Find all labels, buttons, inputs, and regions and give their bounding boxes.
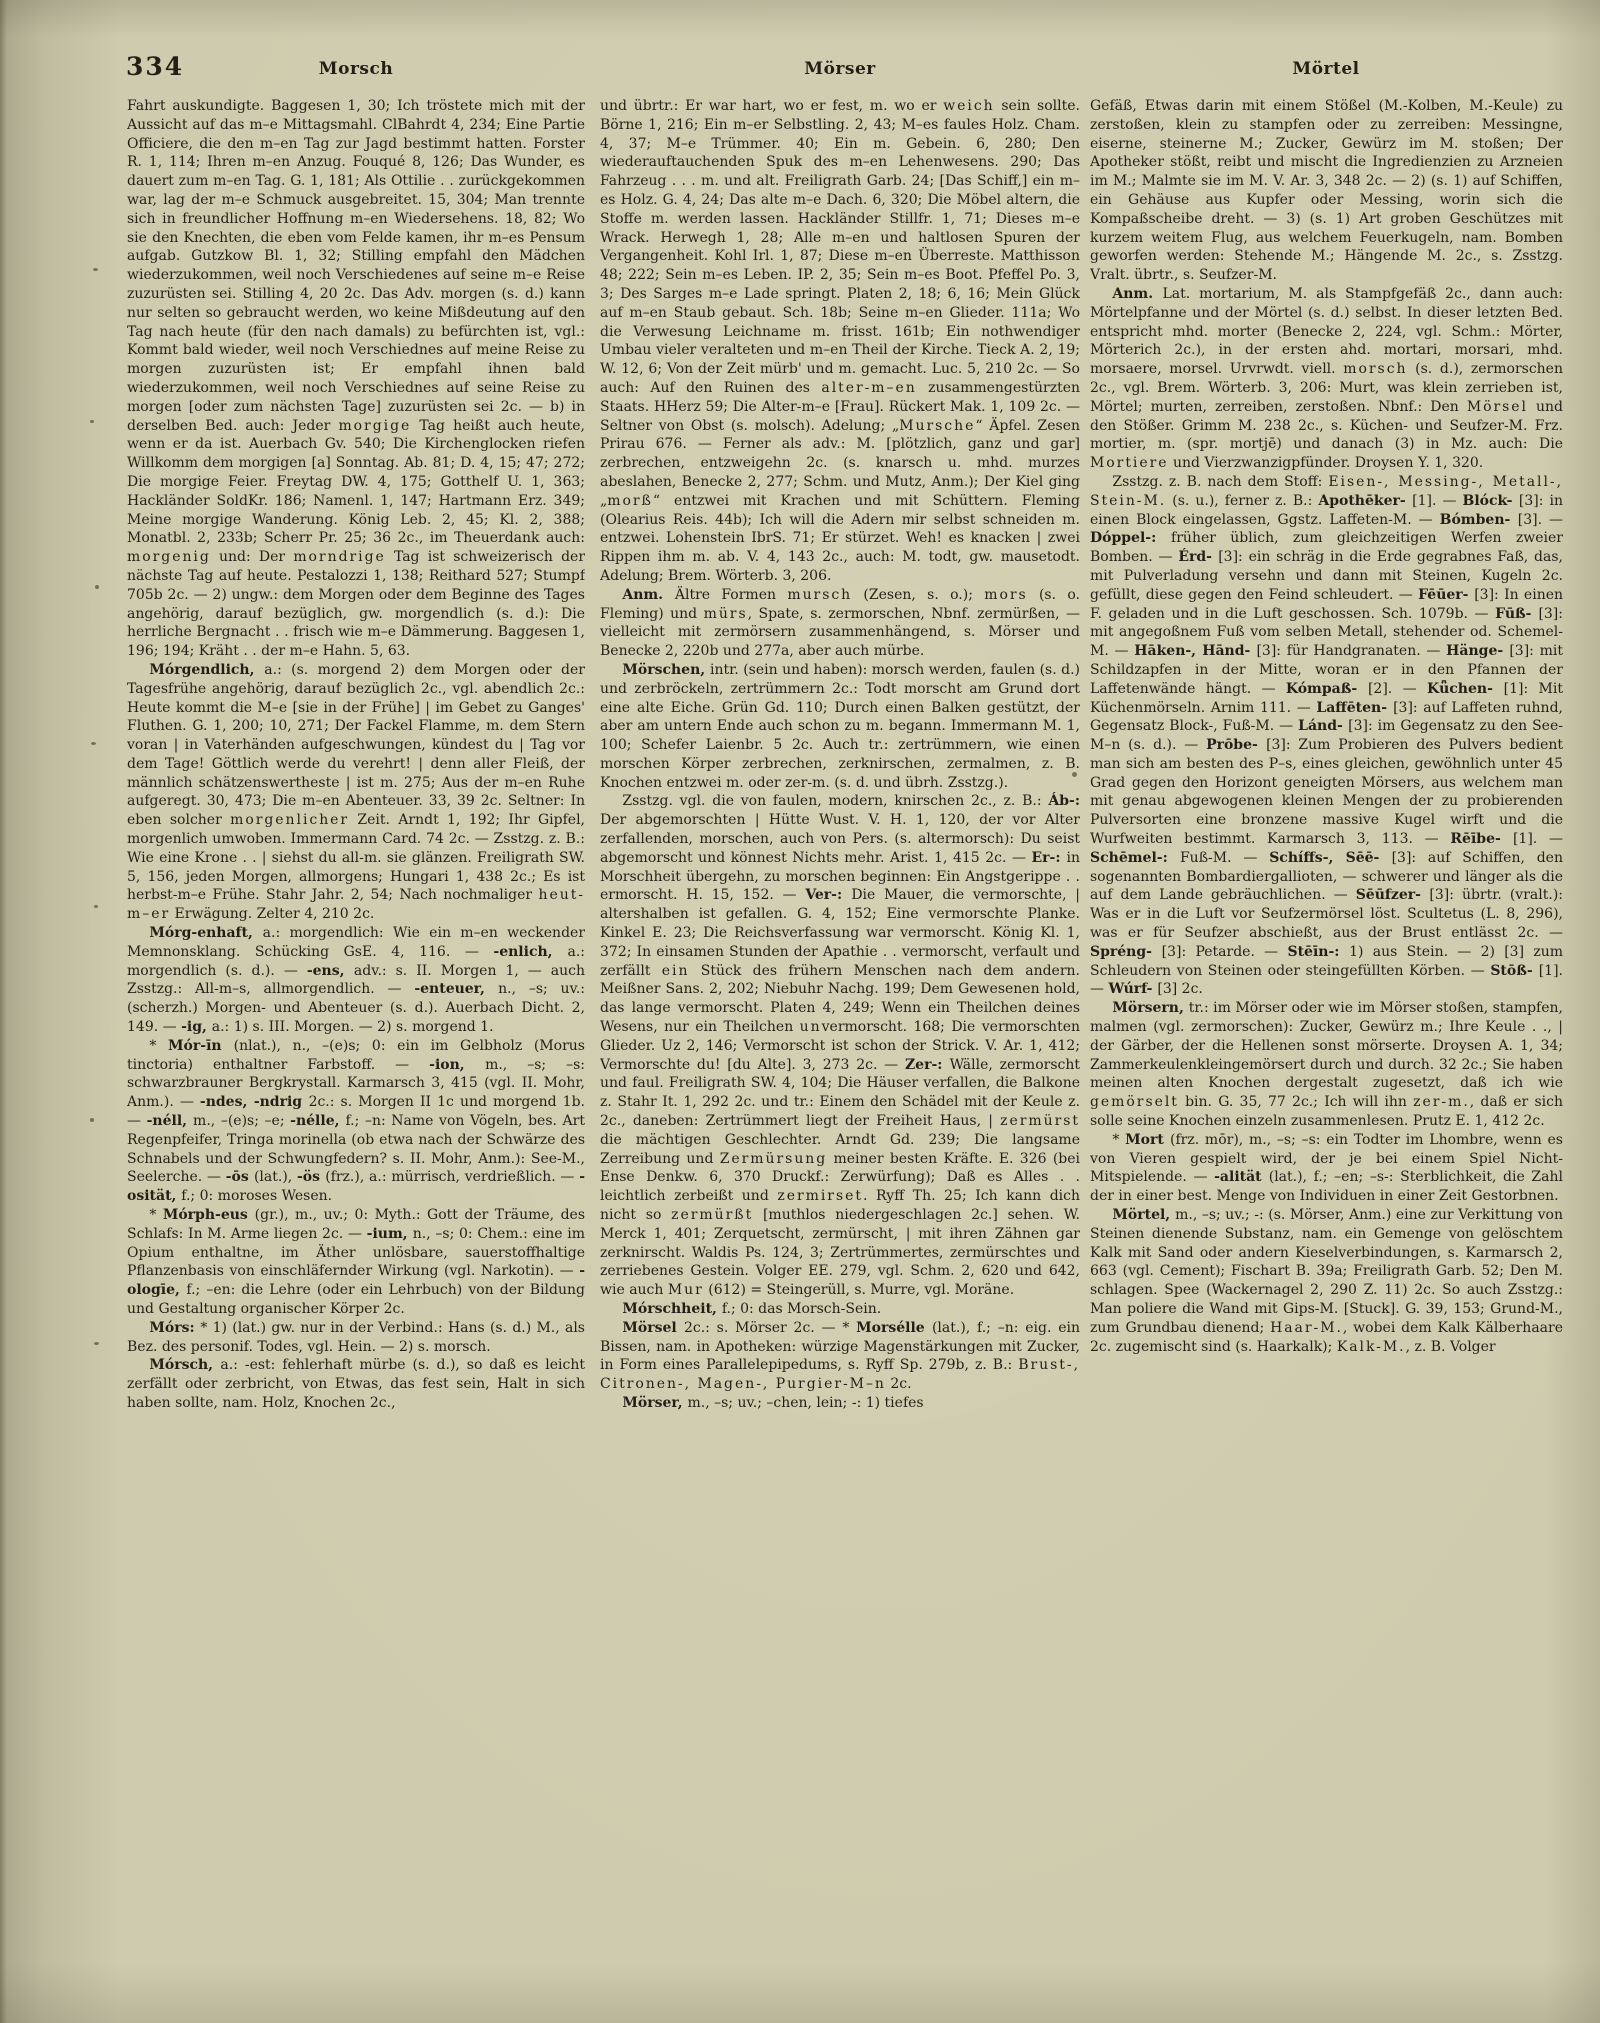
headword: Fūß-: [1495, 606, 1538, 622]
entry-text: mürs: [704, 606, 748, 622]
entry-text: Zsstzg. z. B. nach dem Stoff:: [1112, 474, 1328, 490]
headword: Hāken-, Hānd-: [1134, 643, 1256, 659]
entry-text: und: Der: [211, 549, 294, 565]
entry-paragraph: * Mórph-eus (gr.), m., uv.; 0: Myth.: Go…: [127, 1206, 585, 1319]
entry-text: (612) = Steingerüll, s. Murre, vgl. Morä…: [704, 1282, 1014, 1298]
headword: Mórph-eus: [163, 1207, 255, 1223]
headword: Zer-:: [905, 1057, 950, 1073]
entry-text: Haar-M.: [1270, 1320, 1343, 1336]
scan-speck: [95, 585, 99, 589]
entry-text: a.: 1) s. III. Morgen. — 2) s. morgend 1…: [212, 1019, 494, 1035]
entry-text: morgenlicher: [230, 812, 349, 828]
entry-text: sein sollte. Börne 1, 216; Ein m–er Selb…: [600, 98, 1080, 396]
entry-text: Mursche: [899, 418, 975, 434]
entry-paragraph: * Mór-īn (nlat.), n., –(e)s; 0: ein im G…: [127, 1037, 585, 1206]
headword: Mórgendlich,: [149, 662, 264, 678]
headword: Er-:: [1032, 850, 1067, 866]
headword: Hänge-: [1446, 643, 1509, 659]
entry-text: [3]: Petarde. —: [1162, 944, 1288, 960]
entry-text: und Vierzwanzigpfünder. Droysen Y. 1, 32…: [1169, 455, 1484, 471]
entry-text: [1]. —: [1513, 831, 1563, 847]
scan-speck: [91, 742, 96, 745]
entry-text: (frz.), a.: mürrisch, verdrießlich. —: [325, 1169, 579, 1185]
entry-text: *: [1112, 1132, 1125, 1148]
entry-text: morß: [607, 493, 653, 509]
entry-text: un: [800, 1019, 822, 1035]
headword: -ium,: [367, 1226, 413, 1242]
entry-text: zermirset: [777, 1188, 863, 1204]
entry-paragraph: Anm. Lat. mortarium, M. als Stampfgefäß …: [1090, 285, 1563, 473]
entry-text: morgenig: [127, 549, 211, 565]
headword: Bómben-: [1440, 512, 1518, 528]
headword: Lánd-: [1298, 718, 1348, 734]
headword: Mörtel,: [1112, 1207, 1175, 1223]
entry-text: morgige: [338, 418, 411, 434]
entry-text: a.: (s. morgend 2) dem Morgen oder der T…: [127, 662, 585, 828]
headword: Mórsch,: [149, 1357, 220, 1373]
headword: Schíffs-, Sēē-: [1269, 850, 1391, 866]
entry-text: *: [149, 1207, 162, 1223]
entry-text: [2]. —: [1368, 681, 1427, 697]
headword: -ōs: [226, 1169, 254, 1185]
entry-text: morndrige: [293, 549, 385, 565]
entry-text: und übrtr.: Er war hart, wo er fest, m. …: [600, 98, 943, 114]
headword: Laffēten-: [1316, 700, 1393, 716]
text-column-left: Fahrt auskundigte. Baggesen 1, 30; Ich t…: [127, 97, 585, 1885]
headword: -ens,: [307, 963, 354, 979]
entry-paragraph: Mörser, m., –s; uv.; –chen, lein; -: 1) …: [600, 1394, 1080, 1413]
entry-text: [3]: für Handgranaten. —: [1256, 643, 1446, 659]
scan-speck: [94, 1342, 99, 1345]
entry-text: m., –s; uv.; –chen, lein; -: 1) tiefes: [688, 1395, 924, 1411]
entry-text: (Zesen, s. o.);: [852, 587, 984, 603]
text-column-right: Gefäß, Etwas darin mit einem Stößel (M.-…: [1090, 97, 1563, 1885]
headword: Schēmel-:: [1090, 850, 1180, 866]
entry-text: Mur: [668, 1282, 704, 1298]
running-head-morsch: Morsch: [127, 59, 585, 79]
entry-text: f.; –en: die Lehre (oder ein Lehrbuch) v…: [127, 1282, 585, 1317]
headword: Rēībe-: [1450, 831, 1513, 847]
entry-text: m., –(e)s; –e;: [193, 1113, 290, 1129]
headword: -ndes, -ndrig: [200, 1094, 309, 1110]
headword: -enteuer,: [414, 981, 498, 997]
entry-paragraph: Mórg-enhaft, a.: morgendlich: Wie ein m–…: [127, 924, 585, 1037]
headword: Érd-: [1178, 549, 1218, 565]
entry-paragraph: Mórgendlich, a.: (s. morgend 2) dem Morg…: [127, 661, 585, 924]
entry-paragraph: Mórs: * 1) (lat.) gw. nur in der Verbind…: [127, 1319, 585, 1357]
entry-paragraph: Mórsch, a.: -est: fehlerhaft mürbe (s. d…: [127, 1356, 585, 1412]
entry-text: Mortiere: [1090, 455, 1169, 471]
entry-paragraph: Gefäß, Etwas darin mit einem Stößel (M.-…: [1090, 97, 1563, 285]
headword: -néll,: [147, 1113, 193, 1129]
entry-paragraph: Mörschen, intr. (sein und haben): morsch…: [600, 661, 1080, 793]
entry-paragraph: Mörtel, m., –s; uv.; -: (s. Mörser, Anm.…: [1090, 1206, 1563, 1356]
entry-text: m., –s; uv.; -: (s. Mörser, Anm.) eine z…: [1090, 1207, 1563, 1336]
entry-text: “ entzwei mit Krachen und mit Schüttern.…: [600, 493, 1080, 584]
headword: Áb-:: [1048, 793, 1080, 809]
headword: -ig,: [181, 1019, 212, 1035]
headword: Morsélle: [856, 1320, 932, 1336]
headword: Kǖchen-: [1427, 681, 1504, 697]
headword: Mór-īn: [168, 1038, 234, 1054]
entry-text: bin. G. 35, 77 2c.; Ich will ihn: [1179, 1094, 1413, 1110]
entry-text: 2c.: s. Mörser 2c. — *: [684, 1320, 856, 1336]
entry-text: Fahrt auskundigte. Baggesen 1, 30; Ich t…: [127, 98, 585, 434]
entry-text: morsch: [1343, 361, 1407, 377]
headword: Mörschen,: [622, 662, 710, 678]
entry-text: mors: [984, 587, 1027, 603]
running-head-moerser: Mörser: [600, 59, 1080, 79]
entry-text: Erwägung. Zelter 4, 210 2c.: [170, 906, 374, 922]
headword: Wúrf-: [1108, 981, 1157, 997]
scan-speck: [90, 1118, 94, 1122]
headword: Spréng-: [1090, 944, 1162, 960]
entry-text: [3]. —: [1518, 512, 1563, 528]
entry-text: mursch: [787, 587, 852, 603]
entry-text: Kalk-M.: [1337, 1339, 1406, 1355]
entry-text: Der abgemorschten | Hütte Wust. V. H. 1,…: [600, 812, 1080, 866]
headword: Stōß-: [1490, 963, 1538, 979]
scan-speck: [90, 420, 94, 423]
scan-speck: [93, 268, 98, 271]
scan-speck: [1072, 772, 1077, 777]
headword: Mörser,: [622, 1395, 687, 1411]
headword: -enlich,: [493, 944, 567, 960]
headword: Sēūfzer-: [1356, 887, 1430, 903]
headword: Ver-:: [805, 887, 851, 903]
entry-text: 2c.: [886, 1376, 912, 1392]
entry-paragraph: Anm. Ältre Formen mursch (Zesen, s. o.);…: [600, 586, 1080, 661]
headword: Fēūer-: [1418, 587, 1474, 603]
headword: Stēīn-:: [1287, 944, 1349, 960]
entry-text: ein: [662, 963, 690, 979]
entry-paragraph: Mörsern, tr.: im Mörser oder wie im Mörs…: [1090, 999, 1563, 1131]
entry-text: [1]. —: [1412, 493, 1462, 509]
entry-text: Zsstzg. vgl. die von faulen, modern, kni…: [622, 793, 1048, 809]
headword: Anm.: [1112, 286, 1162, 302]
headword: Prōbe-: [1206, 737, 1266, 753]
entry-paragraph: Fahrt auskundigte. Baggesen 1, 30; Ich t…: [127, 97, 585, 661]
headword: Kómpaß-: [1286, 681, 1368, 697]
scan-speck: [94, 905, 98, 908]
entry-text: f.; 0: das Morsch-Sein.: [722, 1301, 881, 1317]
headword: Mörsel: [622, 1320, 684, 1336]
entry-text: [3] 2c.: [1157, 981, 1202, 997]
entry-paragraph: Zsstzg. vgl. die von faulen, modern, kni…: [600, 792, 1080, 1300]
headword: Anm.: [622, 587, 674, 603]
entry-paragraph: Mórschheit, f.; 0: das Morsch-Sein.: [600, 1300, 1080, 1319]
running-head-moertel: Mörtel: [1090, 59, 1562, 79]
entry-text: weich: [943, 98, 994, 114]
headword: -alität: [1214, 1169, 1269, 1185]
entry-text: , z. B. Volger: [1406, 1339, 1496, 1355]
headword: -nélle,: [290, 1113, 345, 1129]
entry-text: Tag ist schweizerisch der nächste Tag au…: [127, 549, 585, 659]
headword: Mórschheit,: [622, 1301, 721, 1317]
entry-text: *: [149, 1038, 168, 1054]
headword: -ion,: [429, 1057, 485, 1073]
entry-text: Ältre Formen: [675, 587, 787, 603]
dictionary-page: 334 Morsch Mörser Mörtel Fahrt auskundig…: [0, 0, 1600, 2023]
entry-text: intr. (sein und haben): morsch werden, f…: [600, 662, 1080, 791]
entry-paragraph: Mörsel 2c.: s. Mörser 2c. — * Morsélle (…: [600, 1319, 1080, 1394]
headword: Mórs:: [149, 1320, 200, 1336]
entry-text: Zermürsung: [720, 1151, 827, 1167]
entry-text: Mörsel: [1467, 399, 1528, 415]
headword: Mörsern,: [1112, 1000, 1188, 1016]
entry-text: Tag heißt auch heute, wenn er da ist. Au…: [127, 418, 585, 547]
entry-paragraph: und übrtr.: Er war hart, wo er fest, m. …: [600, 97, 1080, 586]
entry-text: (s. u.), ferner z. B.:: [1166, 493, 1318, 509]
headword: Mórg-enhaft,: [149, 925, 262, 941]
headword: -ös: [297, 1169, 325, 1185]
entry-text: Fuß-M. —: [1180, 850, 1269, 866]
entry-paragraph: * Mort (frz. mōr), m., –s; –s: ein Todte…: [1090, 1131, 1563, 1206]
headword: Blóck-: [1462, 493, 1518, 509]
entry-text: alter-m–en: [821, 380, 916, 396]
headword: Mort: [1125, 1132, 1170, 1148]
entry-text: zermürst: [1000, 1113, 1080, 1129]
text-column-middle: und übrtr.: Er war hart, wo er fest, m. …: [600, 97, 1080, 1885]
entry-text: zer-m.: [1413, 1094, 1470, 1110]
entry-text: (lat.),: [254, 1169, 297, 1185]
entry-text: f.; 0: moroses Wesen.: [181, 1188, 332, 1204]
entry-text: zermürßt: [671, 1207, 753, 1223]
headword: Apothēker-: [1318, 493, 1412, 509]
entry-text: gemörselt: [1090, 1094, 1179, 1110]
entry-text: Gefäß, Etwas darin mit einem Stößel (M.-…: [1090, 98, 1563, 283]
headword: Dóppel-:: [1090, 530, 1171, 546]
entry-paragraph: Zsstzg. z. B. nach dem Stoff: Eisen-, Me…: [1090, 473, 1563, 999]
